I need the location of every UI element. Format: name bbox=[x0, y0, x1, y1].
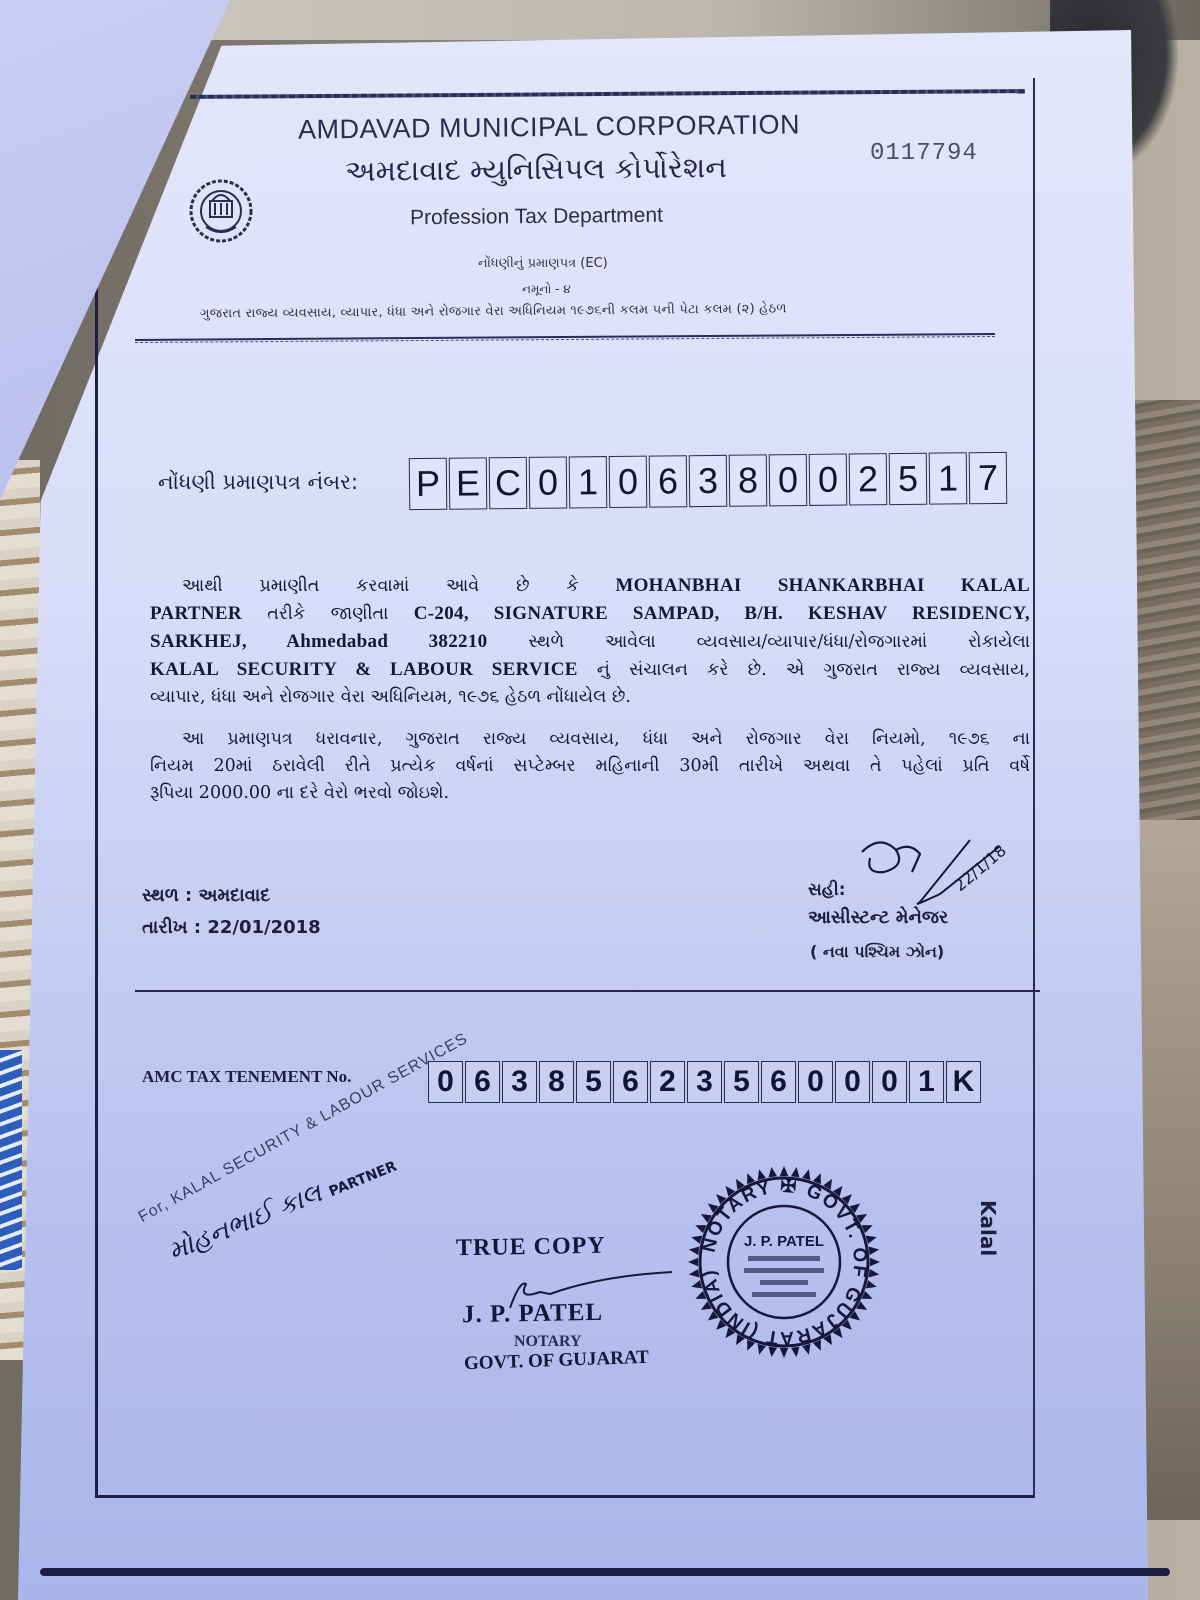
place-field: સ્થળ : અમદાવાદ bbox=[142, 885, 270, 906]
certificate-number-char: 0 bbox=[809, 454, 848, 506]
org-name-english: AMDAVAD MUNICIPAL CORPORATION bbox=[298, 109, 800, 145]
true-copy-stamp: TRUE COPY bbox=[456, 1233, 606, 1263]
para2-line-3: રૂપિયા 2000.00 ના દરે વેરો ભરવો જોઇશે. bbox=[150, 780, 1030, 807]
certificate-number-char: 1 bbox=[929, 452, 968, 504]
signatory-zone: ( નવા પશ્ચિમ ઝોન) bbox=[810, 942, 944, 962]
tax-obligation-paragraph: આ પ્રમાણપત્ર ધરાવનાર, ગુજરાત રાજ્ય વ્યવસ… bbox=[150, 726, 1030, 807]
signatory-title: આસીસ્ટન્ટ મેનેજર bbox=[808, 907, 948, 928]
tenement-number-char: 5 bbox=[576, 1061, 611, 1103]
department-name: Profession Tax Department bbox=[410, 204, 663, 231]
side-initials: Kalal bbox=[976, 1200, 1000, 1256]
svg-text:22/1/18: 22/1/18 bbox=[950, 841, 1009, 895]
org-name-gujarati: અમદાવાદ મ્યુનિસિપલ કોર્પોરેશન bbox=[345, 150, 727, 189]
para2-line-1: આ પ્રમાણપત્ર ધરાવનાર, ગુજરાત રાજ્ય વ્યવસ… bbox=[150, 726, 1030, 753]
certificate-number-char: C bbox=[489, 457, 528, 509]
certificate-number-char: 0 bbox=[609, 456, 648, 508]
para1-line-2: PARTNER તરીકે જાણીતા C-204, SIGNATURE SA… bbox=[150, 600, 1030, 628]
certificate-number-char: E bbox=[449, 457, 488, 509]
tenement-number-char: 6 bbox=[613, 1061, 648, 1103]
certificate-number-char: 0 bbox=[769, 454, 808, 506]
tenement-number-char: 0 bbox=[835, 1061, 870, 1103]
tenement-number-boxes: 06385623560001K bbox=[428, 1061, 981, 1103]
para2-line-2: નિયમ 20માં ઠરાવેલી રીતે પ્રત્યેક વર્ષનાં… bbox=[150, 753, 1030, 780]
tenement-number-label: AMC TAX TENEMENT No. bbox=[142, 1067, 351, 1087]
notary-name: J. P. PATEL bbox=[462, 1299, 604, 1329]
tenement-number-char: K bbox=[946, 1061, 981, 1103]
certificate-number-char: 7 bbox=[969, 452, 1008, 504]
para1-line-1: આથી પ્રમાણીત કરવામાં આવે છે કે MOHANBHAI… bbox=[150, 572, 1030, 600]
certificate-number-char: 1 bbox=[569, 456, 608, 508]
tenement-number-char: 0 bbox=[798, 1061, 833, 1103]
tenement-number-char: 5 bbox=[724, 1061, 759, 1103]
bottom-border-rule bbox=[40, 1568, 1170, 1576]
certificate-number-boxes: PEC010638002517 bbox=[409, 452, 1008, 510]
tenement-number-char: 0 bbox=[872, 1061, 907, 1103]
certificate-number-char: 5 bbox=[889, 453, 928, 505]
tenement-number-char: 6 bbox=[761, 1061, 796, 1103]
svg-text:J. P. PATEL: J. P. PATEL bbox=[744, 1233, 824, 1250]
signature-label: સહી: bbox=[808, 880, 846, 900]
tenement-number-char: 3 bbox=[687, 1061, 722, 1103]
tenement-number-char: 8 bbox=[539, 1061, 574, 1103]
form-title: નોંધણીનું પ્રમાણપત્ર (EC) bbox=[478, 256, 608, 271]
certificate-number-label: નોંધણી પ્રમાણપત્ર નંબર: bbox=[158, 470, 358, 495]
notary-role: NOTARY bbox=[514, 1333, 582, 1351]
certificate-number-char: 2 bbox=[849, 453, 888, 505]
certificate-number-char: 6 bbox=[649, 455, 688, 507]
certificate-number-char: 3 bbox=[689, 455, 728, 507]
serial-number: 0117794 bbox=[870, 140, 978, 167]
certification-paragraph: આથી પ્રમાણીત કરવામાં આવે છે કે MOHANBHAI… bbox=[150, 572, 1030, 711]
officer-signature-icon: 22/1/18 bbox=[850, 832, 1030, 912]
tenement-number-char: 0 bbox=[428, 1061, 463, 1103]
amc-emblem-icon bbox=[186, 175, 256, 247]
tenement-number-char: 6 bbox=[465, 1061, 500, 1103]
form-number: નમૂનો - ૪ bbox=[522, 282, 571, 297]
section-divider bbox=[135, 990, 1040, 992]
notary-seal-icon: NOTARY ✠ GOVT. OF GUJARAT (INDIA) J. P. … bbox=[686, 1164, 882, 1360]
background-cloth bbox=[0, 1050, 22, 1270]
date-field: તારીખ : 22/01/2018 bbox=[142, 917, 321, 938]
certificate-number-char: 8 bbox=[729, 454, 768, 506]
para1-line-5: વ્યાપાર, ધંધા અને રોજગાર વેરા અધિનિયમ, ૧… bbox=[150, 684, 1030, 711]
tenement-number-char: 2 bbox=[650, 1061, 685, 1103]
para1-line-3: SARKHEJ, Ahmedabad 382210 સ્થળે આવેલા વ્… bbox=[150, 628, 1030, 656]
tenement-number-char: 1 bbox=[909, 1061, 944, 1103]
tenement-number-char: 3 bbox=[502, 1061, 537, 1103]
certificate-number-char: P bbox=[409, 458, 448, 510]
certificate-number-char: 0 bbox=[529, 456, 568, 508]
para1-line-4: KALAL SECURITY & LABOUR SERVICE નું સંચા… bbox=[150, 656, 1030, 684]
